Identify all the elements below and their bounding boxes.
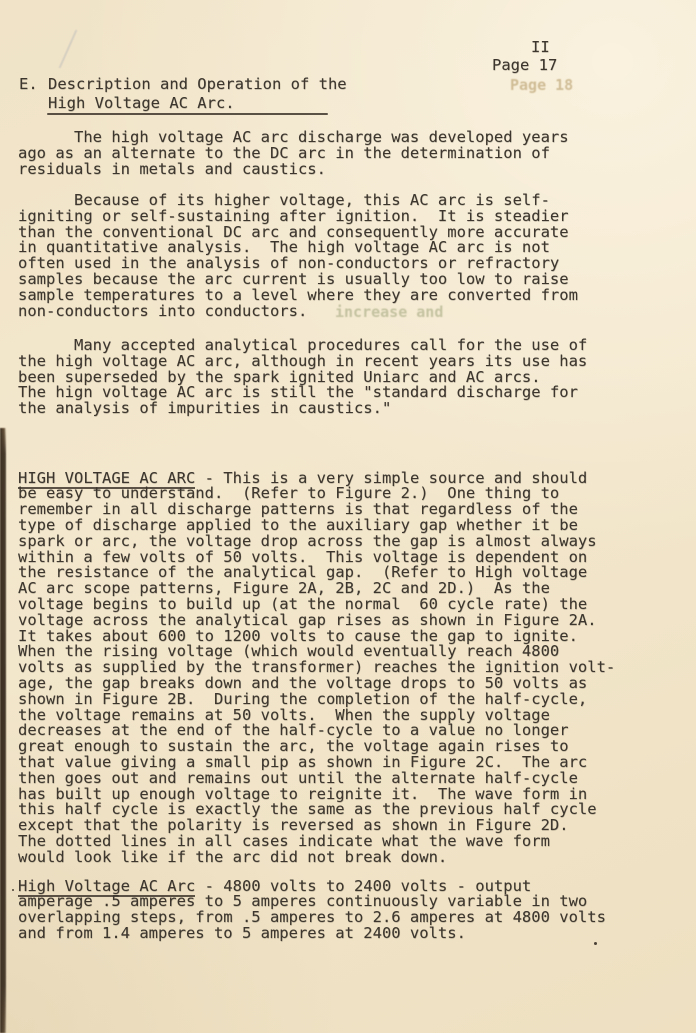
section-title-line2: High Voltage AC Arc.	[48, 96, 235, 112]
paragraph-operation: HIGH VOLTAGE AC ARC - This is a very sim…	[18, 439, 615, 881]
section-label: E.	[19, 77, 38, 93]
scanned-document-page: Page 18 increase and II Page 17 E. Descr…	[0, 0, 696, 1033]
section-title-line1: Description and Operation of the	[48, 77, 347, 93]
section-title-underline	[47, 113, 328, 115]
scratch-mark	[59, 29, 78, 68]
page-number: Page 17	[492, 58, 557, 74]
paragraph-specs-body: amperage .5 amperes to 5 amperes continu…	[18, 892, 606, 942]
paragraph-operation-body: be easy to understand. (Refer to Figure …	[18, 484, 615, 865]
ink-speck	[12, 889, 14, 891]
bleedthrough-page-number: Page 18	[510, 77, 573, 93]
paragraph-specs: High Voltage AC Arc - 4800 volts to 2400…	[18, 847, 606, 958]
volume-label: II	[531, 40, 550, 56]
paragraph-advantages: Because of its higher voltage, this AC a…	[18, 193, 578, 319]
paragraph-intro: The high voltage AC arc discharge was de…	[18, 130, 569, 177]
scan-edge-shadow	[0, 428, 6, 1033]
paragraph-procedures: Many accepted analytical procedures call…	[18, 338, 587, 417]
